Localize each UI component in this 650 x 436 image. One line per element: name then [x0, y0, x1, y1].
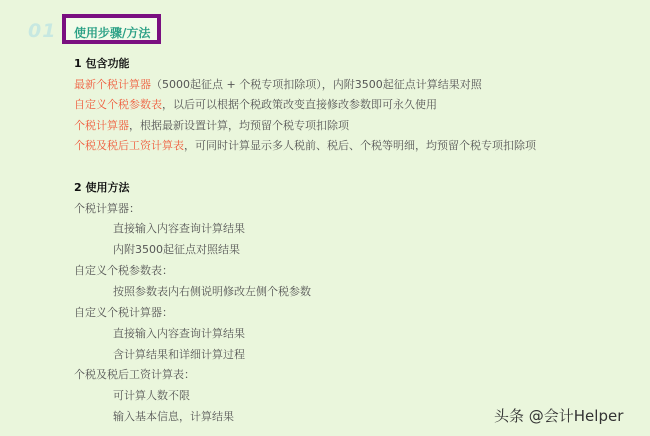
usage-step: 含计算结果和详细计算过程	[113, 348, 245, 362]
usage-group-title: 个税计算器：	[74, 202, 140, 216]
feature-desc: ，根据最新设置计算，均预留个税专项扣除项	[129, 119, 349, 132]
feature-item: 个税及税后工资计算表，可同时计算显示多人税前、税后、个税等明细，均预留个税专项扣…	[74, 139, 536, 153]
feature-item: 自定义个税参数表，以后可以根据个税政策改变直接修改参数即可永久使用	[74, 98, 437, 112]
usage-step: 直接输入内容查询计算结果	[113, 327, 245, 341]
feature-name: 个税及税后工资计算表	[74, 139, 184, 152]
watermark: 头条 @会计Helper	[494, 405, 623, 426]
feature-desc: ，可同时计算显示多人税前、税后、个税等明细，均预留个税专项扣除项	[184, 139, 536, 152]
usage-step: 可计算人数不限	[113, 389, 190, 403]
section2-heading: 2 使用方法	[74, 181, 129, 195]
feature-item: 个税计算器，根据最新设置计算，均预留个税专项扣除项	[74, 119, 349, 133]
feature-name: 最新个税计算器	[74, 78, 151, 91]
usage-group-title: 个税及税后工资计算表：	[74, 368, 195, 382]
usage-step: 按照参数表内右侧说明修改左侧个税参数	[113, 285, 311, 299]
usage-group-title: 自定义个税计算器：	[74, 306, 173, 320]
step-number: 01	[28, 20, 56, 42]
feature-item: 最新个税计算器（5000起征点 + 个税专项扣除项），内附3500起征点计算结果…	[74, 78, 482, 92]
usage-group-title: 自定义个税参数表：	[74, 264, 173, 278]
usage-step: 输入基本信息，计算结果	[113, 410, 234, 424]
section-title: 使用步骤/方法	[74, 24, 150, 41]
feature-desc: ，以后可以根据个税政策改变直接修改参数即可永久使用	[162, 98, 437, 111]
section1-heading: 1 包含功能	[74, 57, 129, 71]
usage-step: 直接输入内容查询计算结果	[113, 222, 245, 236]
feature-desc: （5000起征点 + 个税专项扣除项），内附3500起征点计算结果对照	[151, 78, 482, 91]
feature-name: 自定义个税参数表	[74, 98, 162, 111]
feature-name: 个税计算器	[74, 119, 129, 132]
usage-step: 内附3500起征点对照结果	[113, 243, 240, 257]
